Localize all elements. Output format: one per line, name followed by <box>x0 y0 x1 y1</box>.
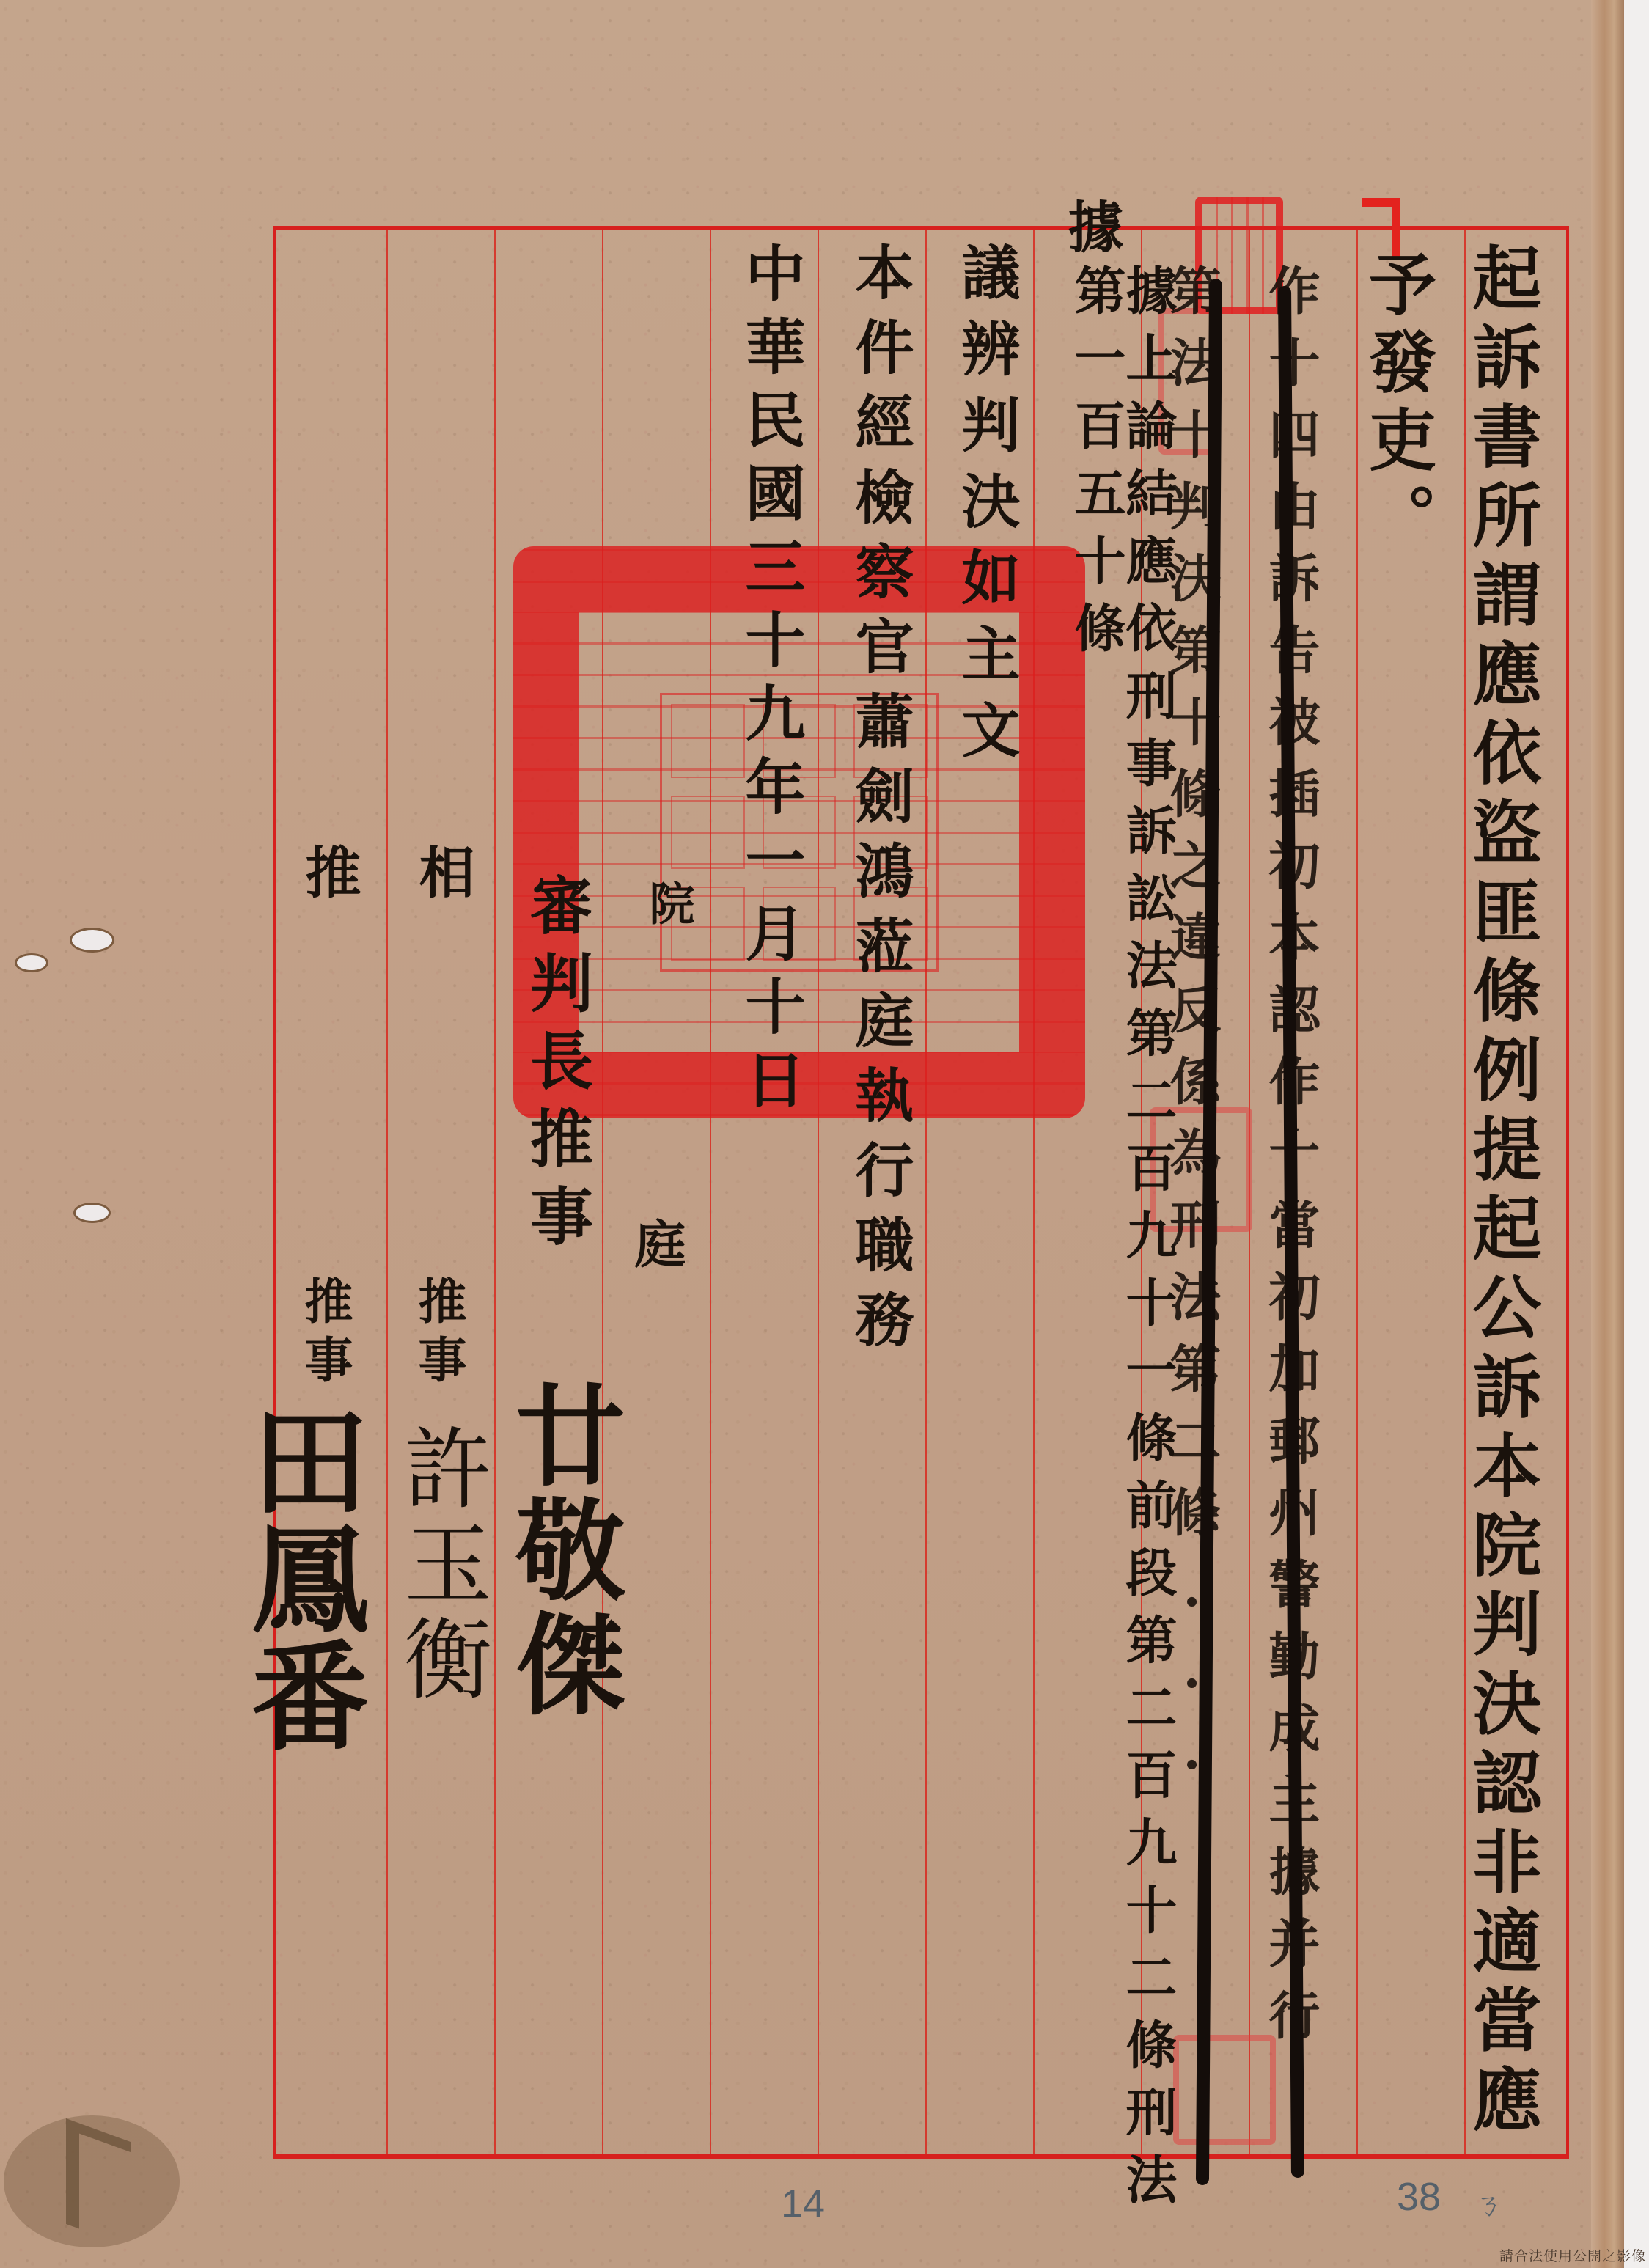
text-column-2: 予發吏。 <box>1364 249 1431 560</box>
pencil-number-center: 14 <box>781 2181 825 2227</box>
text-column-8-date: 中華民國三十九年一月十日 <box>741 242 801 1122</box>
judge-3-title: 推事 <box>301 1276 349 1393</box>
judge-2-title: 推事 <box>414 1276 463 1393</box>
red-check-mark <box>1362 198 1400 257</box>
pencil-mark-extra: ㄋ <box>1474 2181 1503 2223</box>
column-rule <box>1033 230 1035 2154</box>
binding-hole <box>73 1203 111 1223</box>
signature-judge-3: 田鳳番 <box>242 1401 359 1753</box>
court-label: 院 <box>645 880 691 936</box>
column-rule <box>494 230 496 2154</box>
presiding-judge-title: 審判長推事 <box>524 873 587 1261</box>
signature-judge-2: 許玉衡 <box>396 1423 484 1709</box>
text-column-1: 起訴書所謂應依盜匪條例提起公訴本院判決認非適當應 <box>1466 242 1535 2143</box>
pencil-number-right: 38 <box>1397 2174 1441 2220</box>
column-rule <box>818 230 819 2154</box>
scan-background <box>1624 0 1649 2268</box>
text-column-5: 據上論結應依刑事訴訟法第二百九十一條前段第二百九十二條刑法第一百五十條 <box>1070 264 1173 2268</box>
role-xiang: 相 <box>414 843 470 909</box>
role-tui: 推 <box>301 843 356 909</box>
binding-hole <box>70 928 114 953</box>
column-rule <box>602 230 603 2154</box>
column-rule <box>925 230 927 2154</box>
text-column-7: 本件經檢察官蕭劍鴻蒞庭執行職務 <box>851 242 909 1364</box>
column-rule <box>710 230 711 2154</box>
binding-hole <box>15 953 48 972</box>
marginal-note: 據 <box>1063 198 1119 264</box>
signature-presiding-judge: 廿敬傑 <box>506 1379 616 1722</box>
usage-watermark: 請合法使用公開之影像 <box>1499 2245 1646 2265</box>
paper-torn-edge <box>1591 0 1624 2268</box>
column-rule <box>386 230 388 2154</box>
tribunal-label: 庭 <box>631 1217 682 1279</box>
text-column-6: 議辨判決如主文 <box>957 242 1016 776</box>
